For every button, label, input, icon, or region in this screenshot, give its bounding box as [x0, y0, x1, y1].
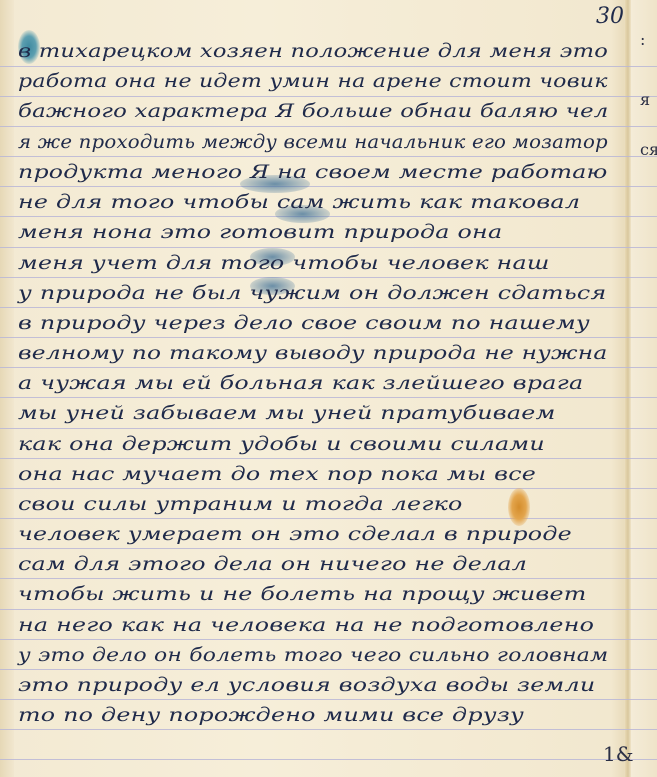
- rule-line: [0, 518, 657, 519]
- text-line: она нас мучает до тех пор пока мы все: [18, 463, 536, 485]
- rule-line: [0, 367, 657, 368]
- text-line: продукта меного Я на своем месте работаю: [18, 161, 608, 183]
- text-line: чтобы жить и не болеть на прощу живет: [18, 583, 587, 605]
- rule-line: [0, 337, 657, 338]
- text-line: это природу ел условия воздуха воды земл…: [18, 674, 595, 696]
- rule-line: [0, 247, 657, 248]
- text-line: меня нона это готовит природа она: [18, 221, 502, 243]
- text-line: человек умерает он это сделал в природе: [18, 523, 572, 545]
- text-line: сам для этого дела он ничего не делал: [18, 553, 527, 575]
- rule-line: [0, 488, 657, 489]
- margin-mark: :: [640, 30, 645, 49]
- rule-line: [0, 428, 657, 429]
- text-line: велному по такому выводу природа не нужн…: [18, 342, 608, 364]
- rule-line: [0, 66, 657, 67]
- corner-mark: 1&: [603, 742, 634, 766]
- rule-line: [0, 609, 657, 610]
- orange-stain: [508, 488, 530, 526]
- rule-line: [0, 699, 657, 700]
- text-line: у природа не был чужим он должен сдаться: [18, 282, 606, 304]
- rule-line: [0, 277, 657, 278]
- text-line: в природу через дело свое своим по нашем…: [18, 312, 590, 334]
- text-line: как она держит удобы и своими силами: [18, 433, 545, 455]
- text-line: в тихарецком хозяен положение для меня э…: [18, 40, 608, 62]
- rule-line: [0, 307, 657, 308]
- rule-line: [0, 126, 657, 127]
- text-line: а чужая мы ей больная как злейшего врага: [18, 372, 583, 394]
- rule-line: [0, 96, 657, 97]
- page-number: 30: [596, 4, 624, 29]
- rule-line: [0, 669, 657, 670]
- text-line: свои силы утраним и тогда легко: [18, 493, 463, 515]
- rule-line: [0, 729, 657, 730]
- text-line: то по дену порождено мими все друзу: [18, 704, 524, 726]
- rule-line: [0, 458, 657, 459]
- rule-line: [0, 548, 657, 549]
- text-line: не для того чтобы сам жить как таковал: [18, 191, 580, 213]
- rule-line: [0, 578, 657, 579]
- notebook-page: 30 в тихарецком хозяен положение для мен…: [0, 0, 657, 777]
- rule-line: [0, 156, 657, 157]
- text-line: бажного характера Я больше обнаи баляю ч…: [18, 100, 609, 122]
- page-fold-edge: [625, 0, 631, 777]
- binding-gutter: [0, 0, 14, 777]
- rule-line: [0, 759, 657, 760]
- text-line: мы уней забываем мы уней пратубиваем: [18, 402, 556, 424]
- rule-line: [0, 639, 657, 640]
- margin-mark: я: [640, 90, 650, 109]
- text-line: меня учет для того чтобы человек наш: [18, 252, 550, 274]
- rule-line: [0, 186, 657, 187]
- rule-line: [0, 397, 657, 398]
- text-line: на него как на человека на не подготовле…: [18, 614, 594, 636]
- text-line: работа она не идет умин на арене стоит ч…: [18, 70, 608, 92]
- text-line: я же проходить между всеми начальник его…: [18, 131, 608, 153]
- text-line: у это дело он болеть того чего сильно го…: [18, 644, 608, 666]
- margin-mark: ся: [640, 140, 657, 159]
